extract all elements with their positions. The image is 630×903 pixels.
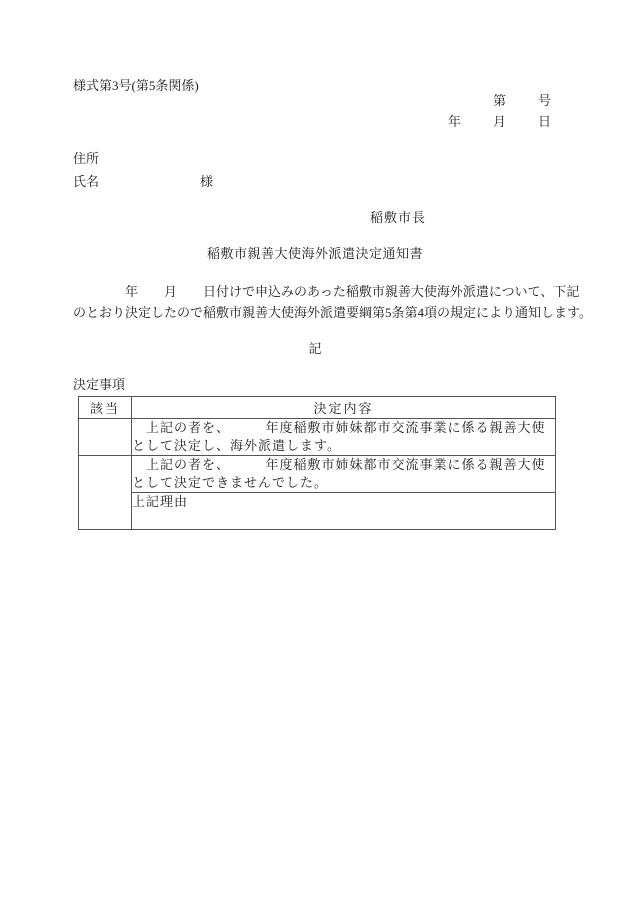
decision-items-label: 決定事項 xyxy=(73,377,125,393)
name-row: 氏名 様 xyxy=(73,174,373,190)
sender-title: 稲敷市長 xyxy=(370,210,426,226)
table-row: 上記理由 xyxy=(79,493,556,530)
document-number-line: 第 号 xyxy=(493,93,553,109)
decision-table: 該当 決定内容 上記の者を、 年度稲敷市姉妹都市交流事業に係る親善大使として決定… xyxy=(78,396,556,530)
header-applicable: 該当 xyxy=(79,397,132,419)
decision-approved-cell: 上記の者を、 年度稲敷市姉妹都市交流事業に係る親善大使として決定し、海外派遣しま… xyxy=(132,419,556,456)
record-marker: 記 xyxy=(0,341,630,357)
header-decision-content: 決定内容 xyxy=(132,397,556,419)
table-row: 上記の者を、 年度稲敷市姉妹都市交流事業に係る親善大使として決定できませんでした… xyxy=(79,456,556,493)
rejection-reason-cell: 上記理由 xyxy=(132,493,556,530)
document-page: 様式第3号(第5条関係) 第 号 年 月 日 住所 氏名 様 稲敷市長 稲敷市親… xyxy=(0,0,630,903)
honorific-label: 様 xyxy=(200,174,213,190)
table-header-row: 該当 決定内容 xyxy=(79,397,556,419)
applicable-checkbox-cell-approved xyxy=(79,419,132,456)
document-title: 稲敷市親善大使海外派遣決定通知書 xyxy=(0,246,630,262)
address-label: 住所 xyxy=(73,151,99,167)
table-row: 上記の者を、 年度稲敷市姉妹都市交流事業に係る親善大使として決定し、海外派遣しま… xyxy=(79,419,556,456)
body-paragraph-line-2: のとおり決定したので稲敷市親善大使海外派遣要綱第5条第4項の規定により通知します… xyxy=(73,305,592,321)
decision-rejected-cell: 上記の者を、 年度稲敷市姉妹都市交流事業に係る親善大使として決定できませんでした… xyxy=(132,456,556,493)
date-line: 年 月 日 xyxy=(448,114,553,130)
form-number: 様式第3号(第5条関係) xyxy=(73,78,199,94)
name-label: 氏名 xyxy=(73,174,99,189)
body-paragraph-line-1: 年 月 日付けで申込みのあった稲敷市親善大使海外派遣について、下記 xyxy=(73,284,579,300)
applicable-checkbox-cell-rejected xyxy=(79,456,132,530)
